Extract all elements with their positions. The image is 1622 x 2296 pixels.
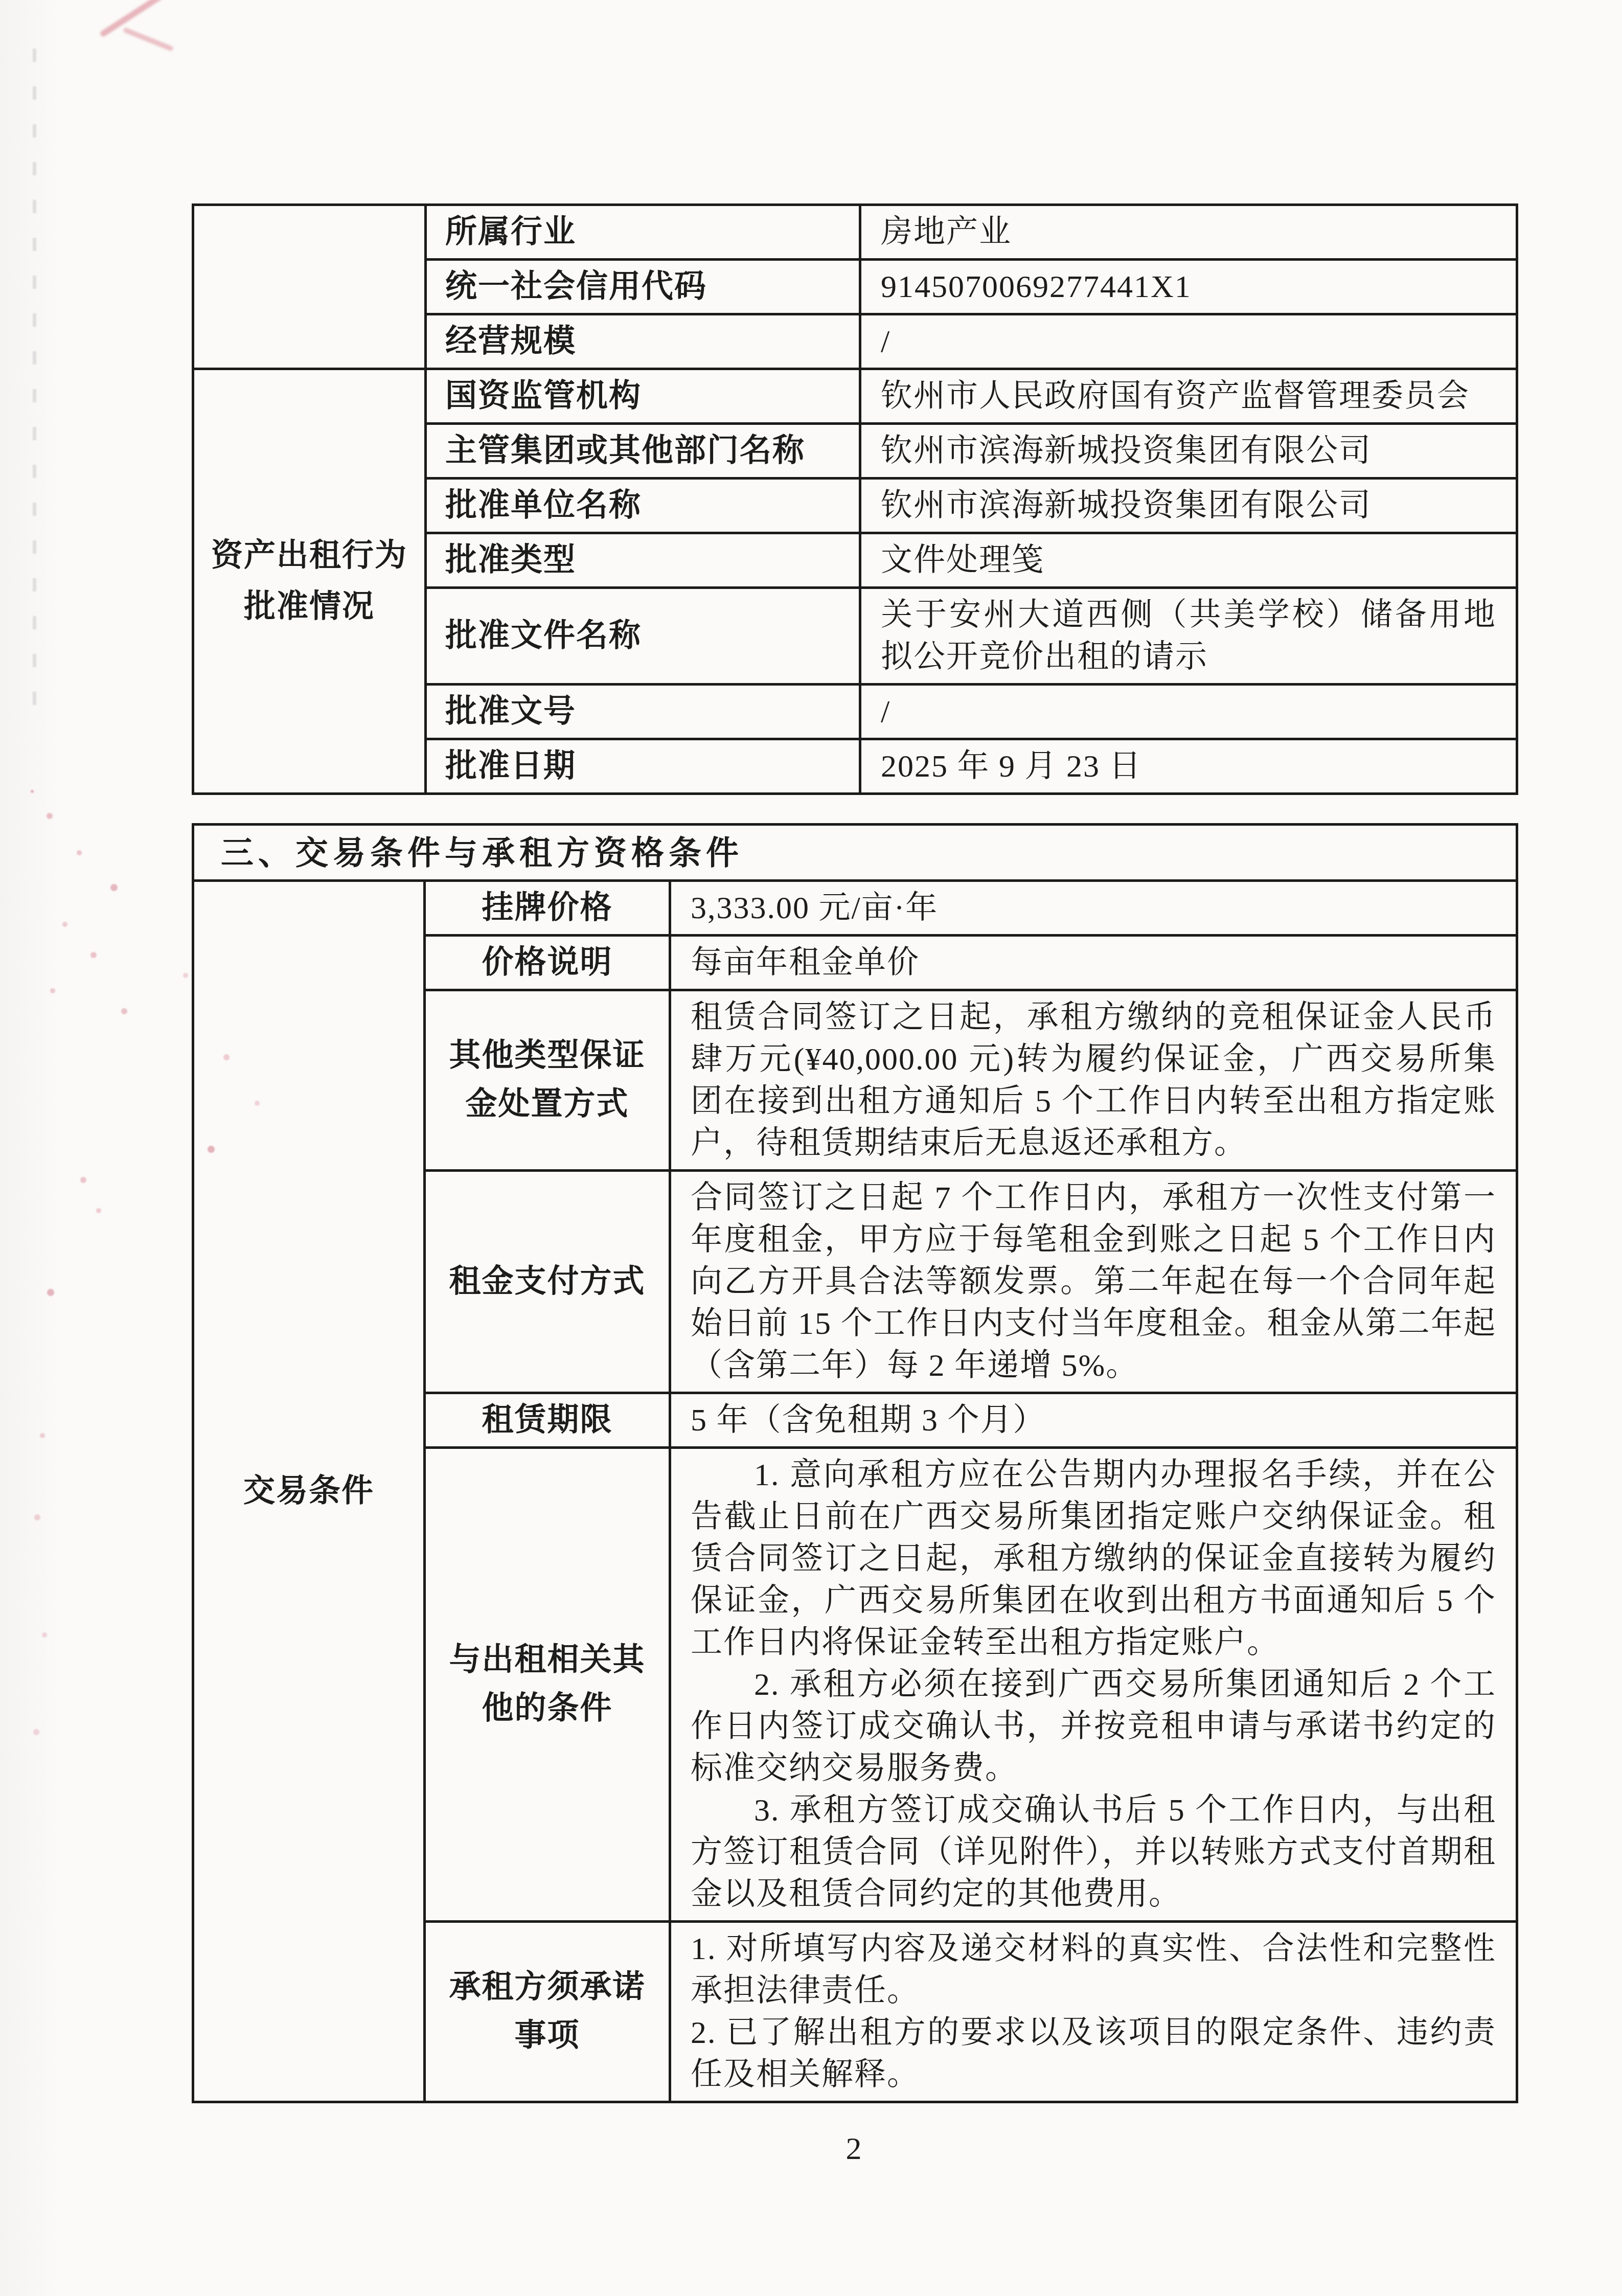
- section-title: 三、交易条件与承租方资格条件: [193, 825, 1517, 881]
- field-label: 批准文号: [426, 685, 860, 739]
- field-label: 批准日期: [426, 739, 860, 794]
- field-label: 所属行业: [426, 205, 860, 260]
- field-value: 钦州市滨海新城投资集团有限公司: [860, 424, 1517, 479]
- field-label: 主管集团或其他部门名称: [426, 424, 860, 479]
- table-row: 所属行业 房地产业: [193, 205, 1517, 260]
- approval-info-table: 所属行业 房地产业 统一社会信用代码 9145070069277441X1 经营…: [192, 203, 1518, 795]
- table-row: 交易条件 挂牌价格 3,333.00 元/亩·年: [193, 881, 1517, 936]
- field-label: 批准单位名称: [426, 479, 860, 533]
- field-label: 承租方须承诺事项: [425, 1922, 670, 2102]
- field-label: 挂牌价格: [425, 881, 670, 936]
- scanned-document-page: { "page": { "number": "2" }, "approval_t…: [0, 0, 1622, 2296]
- field-label: 与出租相关其他的条件: [425, 1448, 670, 1922]
- field-value: 9145070069277441X1: [860, 260, 1517, 314]
- field-label: 租赁期限: [425, 1393, 670, 1448]
- field-label: 租金支付方式: [425, 1171, 670, 1393]
- condition-paragraph: 1. 意向承租方应在公告期内办理报名手续，并在公告截止日前在广西交易所集团指定账…: [691, 1454, 1496, 1664]
- field-value: 钦州市滨海新城投资集团有限公司: [860, 479, 1517, 533]
- field-value: 1. 意向承租方应在公告期内办理报名手续，并在公告截止日前在广西交易所集团指定账…: [670, 1448, 1517, 1922]
- field-value: 钦州市人民政府国有资产监督管理委员会: [860, 369, 1517, 424]
- field-label: 经营规模: [426, 314, 860, 369]
- field-value: 每亩年租金单价: [670, 936, 1517, 990]
- trade-conditions-table: 三、交易条件与承租方资格条件 交易条件 挂牌价格 3,333.00 元/亩·年 …: [192, 823, 1518, 2103]
- field-value: 1. 对所填写内容及递交材料的真实性、合法性和完整性承担法律责任。 2. 已了解…: [670, 1922, 1517, 2102]
- field-value: 合同签订之日起 7 个工作日内，承租方一次性支付第一年度租金，甲方应于每笔租金到…: [670, 1171, 1517, 1393]
- field-value: 租赁合同签订之日起，承租方缴纳的竞租保证金人民币肆万元(¥40,000.00 元…: [670, 990, 1517, 1171]
- field-label: 价格说明: [425, 936, 670, 990]
- section-header-row: 三、交易条件与承租方资格条件: [193, 825, 1517, 881]
- field-label: 其他类型保证金处置方式: [425, 990, 670, 1171]
- page-number: 2: [192, 2131, 1516, 2167]
- field-value: 文件处理笺: [860, 533, 1517, 588]
- field-value: 关于安州大道西侧（共美学校）储备用地拟公开竞价出租的请示: [860, 588, 1517, 685]
- field-label: 批准类型: [426, 533, 860, 588]
- condition-paragraph: 2. 承租方必须在接到广西交易所集团通知后 2 个工作日内签订成交确认书，并按竞…: [691, 1664, 1496, 1789]
- group-cell-approval: 资产出租行为批准情况: [193, 369, 426, 794]
- field-label: 国资监管机构: [426, 369, 860, 424]
- field-label: 统一社会信用代码: [426, 260, 860, 314]
- field-value: /: [860, 685, 1517, 739]
- group-cell-empty: [193, 205, 426, 369]
- field-label: 批准文件名称: [426, 588, 860, 685]
- field-value: 3,333.00 元/亩·年: [670, 881, 1517, 936]
- commitment-paragraph: 1. 对所填写内容及递交材料的真实性、合法性和完整性承担法律责任。: [691, 1928, 1496, 2012]
- field-value: /: [860, 314, 1517, 369]
- field-value: 5 年（含免租期 3 个月）: [670, 1393, 1517, 1448]
- field-value: 2025 年 9 月 23 日: [860, 739, 1517, 794]
- condition-paragraph: 3. 承租方签订成交确认书后 5 个工作日内，与出租方签订租赁合同（详见附件），…: [691, 1789, 1496, 1915]
- table-row: 资产出租行为批准情况 国资监管机构 钦州市人民政府国有资产监督管理委员会: [193, 369, 1517, 424]
- field-value: 房地产业: [860, 205, 1517, 260]
- commitment-paragraph: 2. 已了解出租方的要求以及该项目的限定条件、违约责任及相关解释。: [691, 2012, 1496, 2096]
- group-cell-trade-conditions: 交易条件: [193, 881, 425, 2102]
